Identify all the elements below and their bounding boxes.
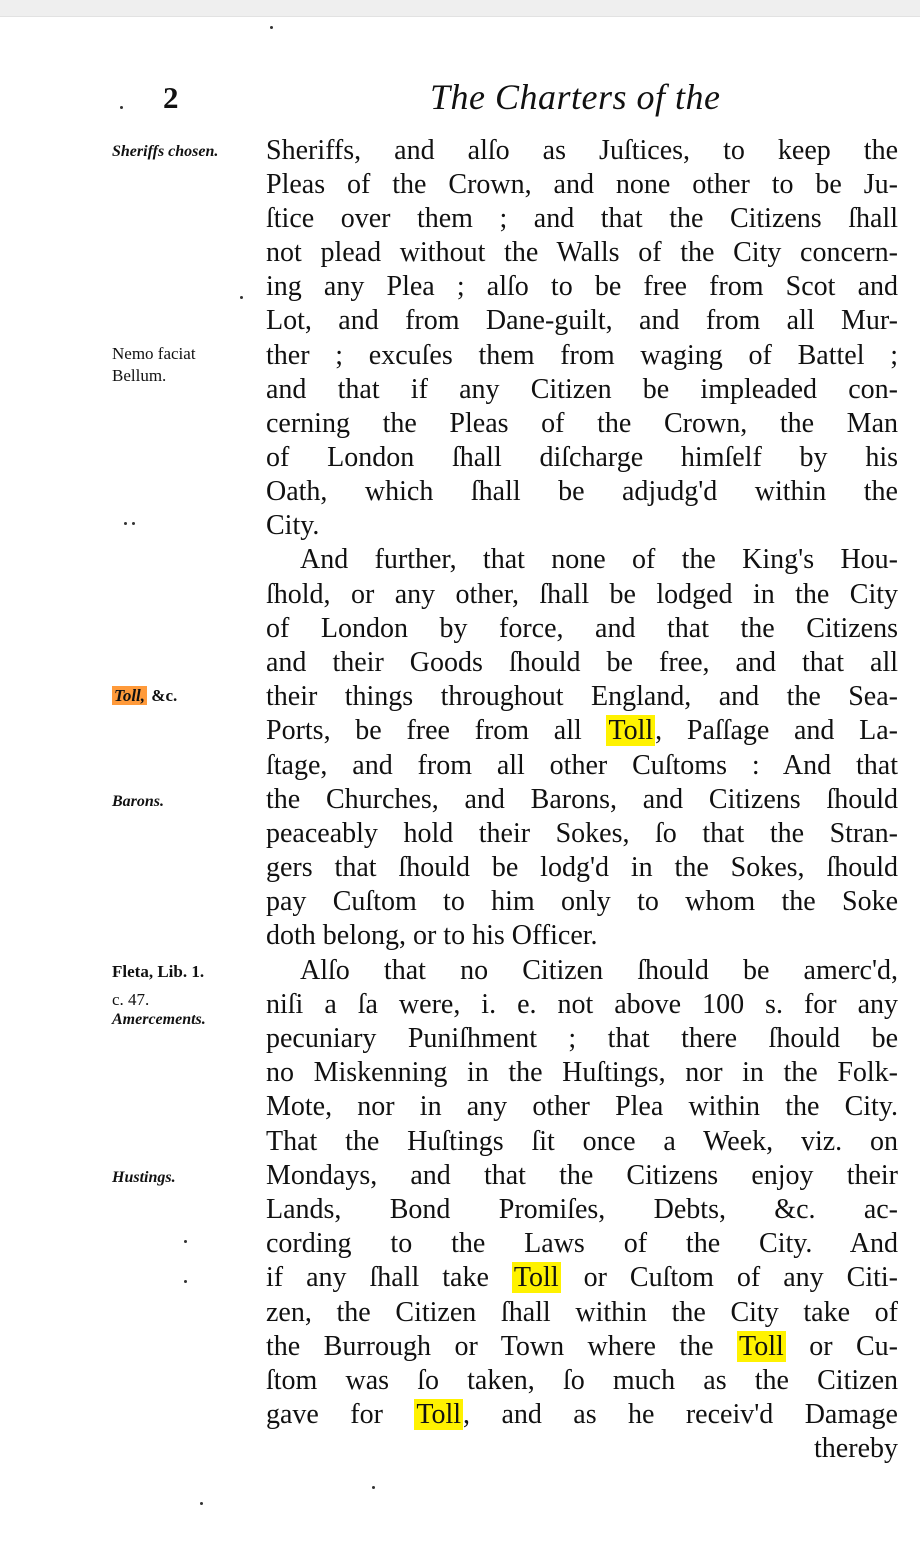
body-line-20: the Churches, and Barons, and Citizens ſ… — [266, 783, 898, 817]
body-line-30: That the Huſtings ſit once a Week, viz. … — [266, 1125, 898, 1159]
margin-note-nemo-faciat: Nemo faciat — [112, 344, 196, 364]
body-line-29: Mote, nor in any other Plea within the C… — [266, 1090, 898, 1124]
scan-speck — [372, 1486, 375, 1489]
body-line-12: City. — [266, 509, 898, 543]
body-line-8: and that if any Citizen be impleaded con… — [266, 373, 898, 407]
body-line-27: pecuniary Puniſhment ; that there ſhould… — [266, 1022, 898, 1056]
scan-speck — [184, 1240, 187, 1243]
body-line-36: the Burrough or Town where the Toll or C… — [266, 1330, 898, 1364]
margin-note-bellum: Bellum. — [112, 366, 166, 386]
body-line-18: Ports, be free from all Toll, Paſſage an… — [266, 714, 898, 748]
body-line-21: peaceably hold their Sokes, ſo that the … — [266, 817, 898, 851]
margin-toll-highlight[interactable]: Toll, — [112, 686, 147, 705]
highlight-toll-4[interactable]: Toll — [414, 1399, 463, 1430]
margin-note-toll: Toll, &c. — [112, 686, 177, 706]
highlight-toll-1[interactable]: Toll — [606, 715, 655, 746]
catchword: thereby — [266, 1432, 898, 1466]
scan-speck — [240, 296, 243, 299]
body-line-17: their things throughout England, and the… — [266, 680, 898, 714]
scan-speck — [132, 522, 135, 525]
body-line-5: ing any Plea ; alſo to be free from Scot… — [266, 270, 898, 304]
body-line-6: Lot, and from Dane-guilt, and from all M… — [266, 304, 898, 338]
page-number: 2 — [163, 80, 179, 116]
body-line-34: if any ſhall take Toll or Cuſtom of any … — [266, 1261, 898, 1295]
scan-speck — [270, 26, 273, 29]
body-line-4: not plead without the Walls of the City … — [266, 236, 898, 270]
body-line-11: Oath, which ſhall be adjudg'd within the — [266, 475, 898, 509]
highlight-toll-2[interactable]: Toll — [512, 1262, 561, 1293]
body-line-25: Alſo that no Citizen ſhould be amerc'd, — [300, 954, 898, 988]
body-line-31: Mondays, and that the Citizens enjoy the… — [266, 1159, 898, 1193]
margin-note-sheriffs: Sheriffs chosen. — [112, 142, 218, 162]
scan-speck — [200, 1502, 203, 1505]
body-line-33: cording to the Laws of the City. And — [266, 1227, 898, 1261]
margin-toll-rest: &c. — [147, 686, 177, 705]
body-line-38: gave for Toll, and as he receiv'd Damage — [266, 1398, 898, 1432]
running-head: The Charters of the — [430, 76, 721, 118]
body-line-16: and their Goods ſhould be free, and that… — [266, 646, 898, 680]
body-line-2: Pleas of the Crown, and none other to be… — [266, 168, 898, 202]
body-line-19: ſtage, and from all other Cuſtoms : And … — [266, 749, 898, 783]
body-line-37: ſtom was ſo taken, ſo much as the Citize… — [266, 1364, 898, 1398]
body-line-7: ther ; excuſes them from waging of Batte… — [266, 339, 898, 373]
margin-note-fleta: Fleta, Lib. 1. — [112, 962, 204, 982]
body-line-35: zen, the Citizen ſhall within the City t… — [266, 1296, 898, 1330]
body-line-1: Sheriffs, and alſo as Juſtices, to keep … — [266, 134, 898, 168]
body-line-24: doth belong, or to his Officer. — [266, 919, 898, 953]
body-line-28: no Miskenning in the Huſtings, nor in th… — [266, 1056, 898, 1090]
scan-speck — [184, 1280, 187, 1283]
body-line-10: of London ſhall diſcharge himſelf by his — [266, 441, 898, 475]
scan-speck — [124, 522, 127, 525]
body-line-15: of London by force, and that the Citizen… — [266, 612, 898, 646]
body-line-3: ſtice over them ; and that the Citizens … — [266, 202, 898, 236]
body-line-32: Lands, Bond Promiſes, Debts, &c. ac- — [266, 1193, 898, 1227]
body-line-14: ſhold, or any other, ſhall be lodged in … — [266, 578, 898, 612]
body-line-22: gers that ſhould be lodg'd in the Sokes,… — [266, 851, 898, 885]
highlight-toll-3[interactable]: Toll — [737, 1331, 786, 1362]
body-line-9: cerning the Pleas of the Crown, the Man — [266, 407, 898, 441]
margin-note-barons: Barons. — [112, 792, 164, 812]
scan-speck — [120, 106, 123, 109]
body-line-26: niſi a ſa were, i. e. not above 100 s. f… — [266, 988, 898, 1022]
margin-note-c47: c. 47. — [112, 990, 149, 1010]
body-line-13: And further, that none of the King's Hou… — [300, 543, 898, 577]
margin-note-hustings: Hustings. — [112, 1168, 176, 1188]
body-line-23: pay Cuſtom to him only to whom the Soke — [266, 885, 898, 919]
viewer-top-bar — [0, 0, 920, 17]
margin-note-amercements: Amercements. — [112, 1010, 206, 1030]
